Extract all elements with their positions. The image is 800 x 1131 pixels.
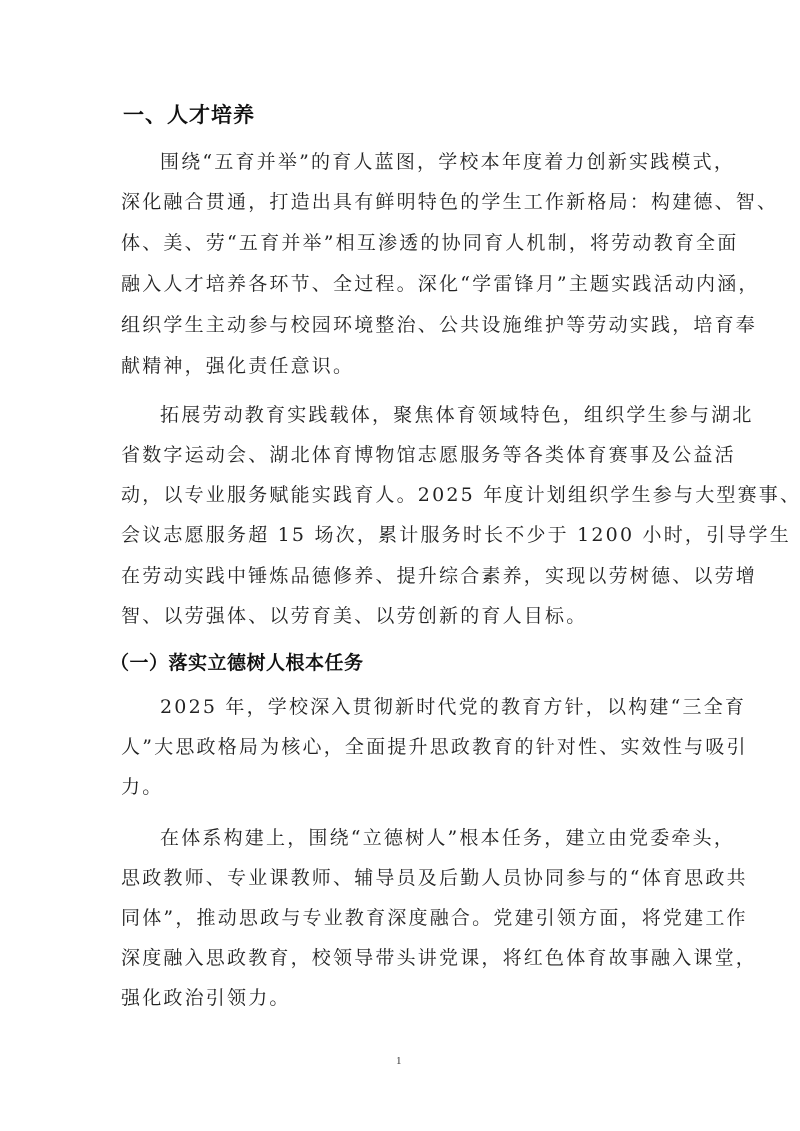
paragraph-line: 献精神，强化责任意识。: [121, 354, 681, 378]
paragraph-line: 深度融入思政教育，校领导带头讲党课，将红色体育故事融入课堂，: [121, 946, 681, 970]
page-number: 1: [396, 1055, 402, 1067]
paragraph-line: 思政教师、专业课教师、辅导员及后勤人员协同参与的“体育思政共: [121, 866, 681, 890]
paragraph-line: 组织学生主动参与校园环境整治、公共设施维护等劳动实践，培育奉: [121, 313, 681, 337]
section-heading: 一、人才培养: [123, 99, 255, 129]
paragraph-line: 在体系构建上，围绕“立德树人”根本任务，建立由党委牵头，: [160, 826, 681, 850]
paragraph-line: 力。: [121, 775, 681, 799]
subsection-heading: （一）落实立德树人根本任务: [110, 648, 364, 675]
paragraph-line: 会议志愿服务超 15 场次，累计服务时长不少于 1200 小时，引导学生: [121, 523, 681, 547]
paragraph-line: 深化融合贯通，打造出具有鲜明特色的学生工作新格局：构建德、智、: [121, 190, 681, 214]
paragraph-line: 省数字运动会、湖北体育博物馆志愿服务等各类体育赛事及公益活: [121, 443, 681, 467]
paragraph-line: 动，以专业服务赋能实践育人。2025 年度计划组织学生参与大型赛事、: [121, 483, 681, 507]
paragraph-line: 强化政治引领力。: [121, 986, 681, 1010]
paragraph-line: 人”大思政格局为核心，全面提升思政教育的针对性、实效性与吸引: [121, 735, 681, 759]
document-page: 一、人才培养 围绕“五育并举”的育人蓝图，学校本年度着力创新实践模式， 深化融合…: [0, 0, 800, 1131]
paragraph-line: 在劳动实践中锤炼品德修养、提升综合素养，实现以劳树德、以劳增: [121, 564, 681, 588]
paragraph-line: 智、以劳强体、以劳育美、以劳创新的育人目标。: [121, 604, 681, 628]
paragraph-line: 围绕“五育并举”的育人蓝图，学校本年度着力创新实践模式，: [160, 150, 681, 174]
paragraph-line: 体、美、劳“五育并举”相互渗透的协同育人机制，将劳动教育全面: [121, 231, 681, 255]
paragraph-line: 同体”，推动思政与专业教育深度融合。党建引领方面，将党建工作: [121, 906, 681, 930]
paragraph-line: 2025 年，学校深入贯彻新时代党的教育方针，以构建“三全育: [160, 695, 681, 719]
paragraph-line: 拓展劳动教育实践载体，聚焦体育领域特色，组织学生参与湖北: [160, 403, 681, 427]
paragraph-line: 融入人才培养各环节、全过程。深化“学雷锋月”主题实践活动内涵，: [121, 272, 681, 296]
